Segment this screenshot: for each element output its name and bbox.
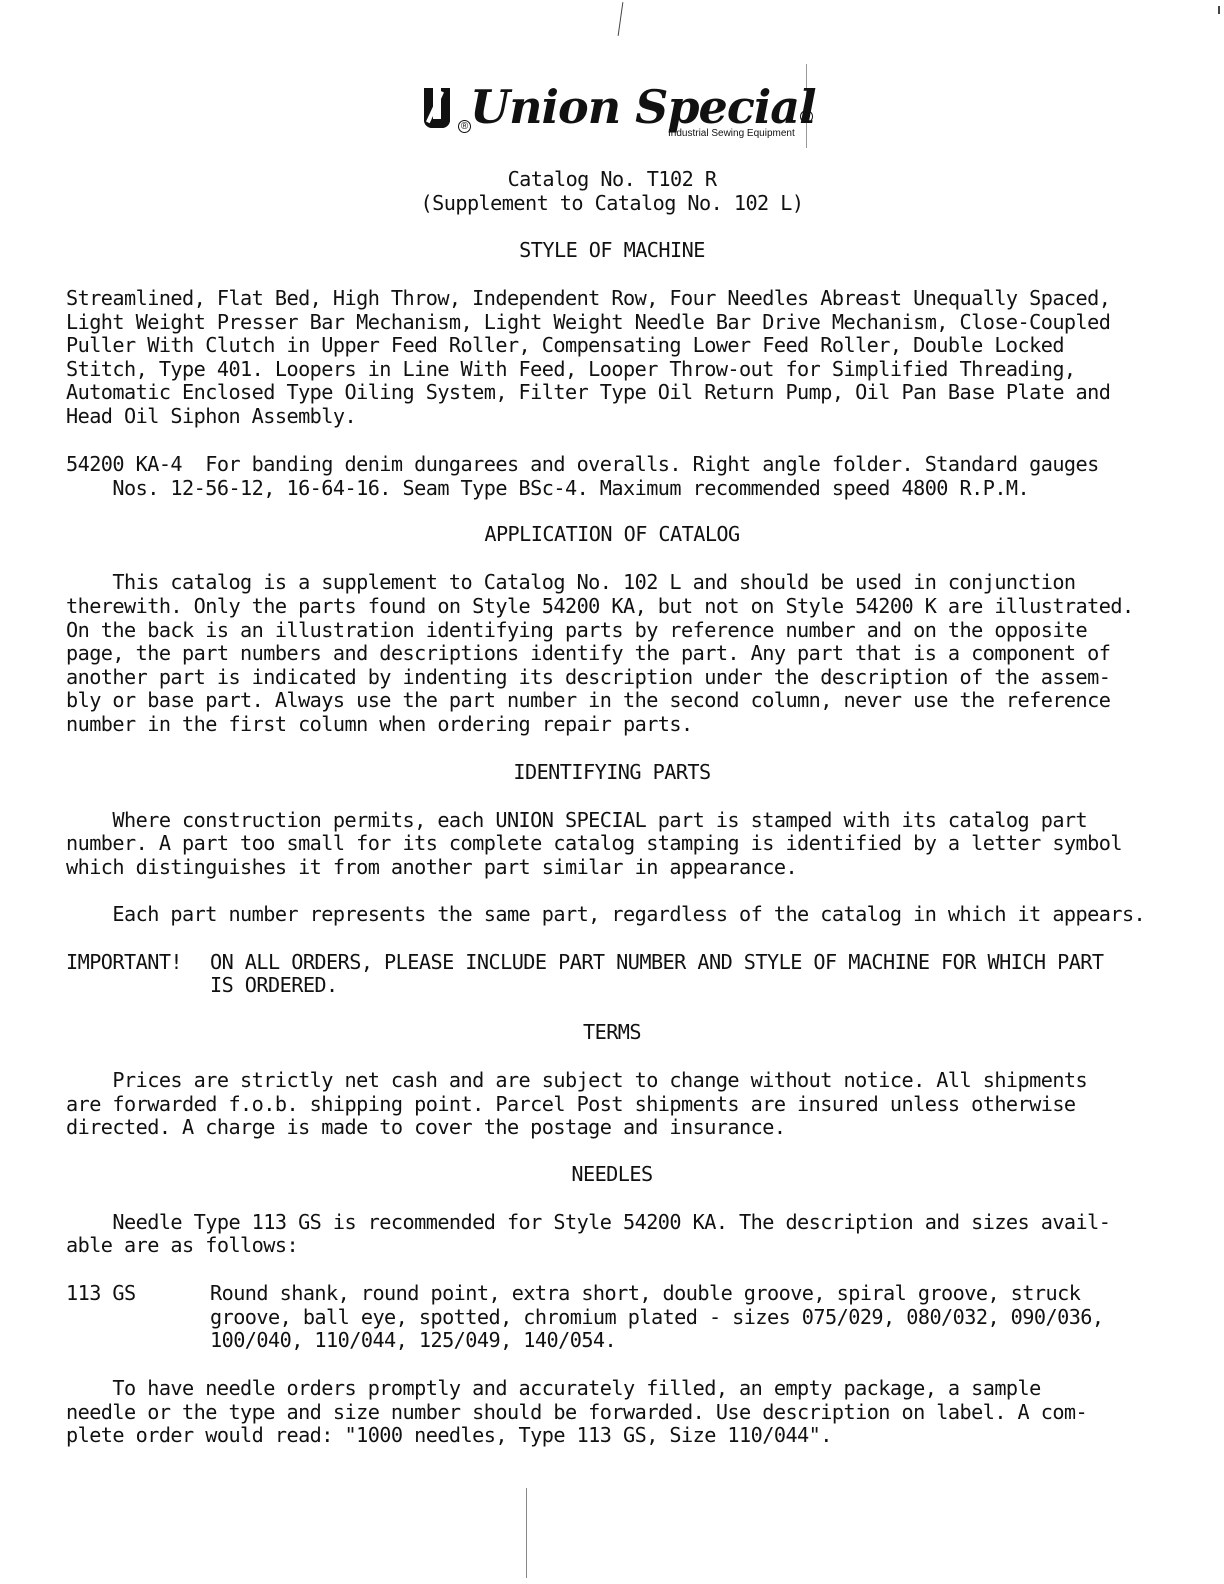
section-heading-style-of-machine: STYLE OF MACHINE — [0, 238, 1224, 262]
union-special-u-icon — [422, 88, 454, 132]
text-line: Prices are strictly net cash and are sub… — [66, 1068, 1087, 1092]
scan-mark — [618, 2, 624, 36]
text-line: On the back is an illustration identifyi… — [66, 618, 1087, 642]
text-line: another part is indicated by indenting i… — [66, 665, 1110, 689]
text-line: number. A part too small for its complet… — [66, 831, 1122, 855]
text-line: bly or base part. Always use the part nu… — [66, 688, 1110, 712]
text-line: Needle Type 113 GS is recommended for St… — [66, 1210, 1110, 1234]
section-heading-identifying-parts: IDENTIFYING PARTS — [0, 760, 1224, 784]
catalog-supplement: (Supplement to Catalog No. 102 L) — [0, 191, 1224, 215]
catalog-number: Catalog No. T102 R — [0, 167, 1224, 191]
text-line: therewith. Only the parts found on Style… — [66, 594, 1134, 618]
section-heading-needles: NEEDLES — [0, 1162, 1224, 1186]
text-line: ON ALL ORDERS, PLEASE INCLUDE PART NUMBE… — [210, 950, 1104, 974]
needle-type-code: 113 GS — [66, 1281, 136, 1305]
text-line: 54200 KA-4 For banding denim dungarees a… — [66, 452, 1099, 476]
text-line: number in the first column when ordering… — [66, 712, 693, 736]
scan-mark — [1218, 6, 1220, 14]
text-line: Head Oil Siphon Assembly. — [66, 404, 356, 428]
text-line: 100/040, 110/044, 125/049, 140/054. — [210, 1328, 616, 1352]
text-line: IS ORDERED. — [210, 973, 338, 997]
text-line: plete order would read: "1000 needles, T… — [66, 1423, 832, 1447]
scan-mark — [526, 1488, 527, 1578]
text-line: page, the part numbers and descriptions … — [66, 641, 1110, 665]
text-line: Light Weight Presser Bar Mechanism, Ligh… — [66, 310, 1110, 334]
text-line: which distinguishes it from another part… — [66, 855, 797, 879]
text-line: Nos. 12-56-12, 16-64-16. Seam Type BSc-4… — [66, 476, 1029, 500]
section-heading-terms: TERMS — [0, 1020, 1224, 1044]
text-line: needle or the type and size number shoul… — [66, 1400, 1087, 1424]
catalog-page: ® Union Special ® Industrial Sewing Equi… — [0, 0, 1224, 1584]
text-line: are forwarded f.o.b. shipping point. Par… — [66, 1092, 1076, 1116]
logo-tagline: Industrial Sewing Equipment — [668, 128, 795, 139]
text-line: directed. A charge is made to cover the … — [66, 1115, 785, 1139]
registered-mark: ® — [800, 110, 813, 123]
section-heading-application-of-catalog: APPLICATION OF CATALOG — [0, 522, 1224, 546]
important-label: IMPORTANT! — [66, 950, 182, 974]
text-line: This catalog is a supplement to Catalog … — [66, 570, 1076, 594]
text-line: To have needle orders promptly and accur… — [66, 1376, 1041, 1400]
text-line: Stitch, Type 401. Loopers in Line With F… — [66, 357, 1076, 381]
union-special-logo: ® Union Special ® Industrial Sewing Equi… — [422, 86, 822, 146]
text-line: Streamlined, Flat Bed, High Throw, Indep… — [66, 286, 1110, 310]
logo-wordmark: Union Special — [470, 80, 816, 134]
text-line: Puller With Clutch in Upper Feed Roller,… — [66, 333, 1064, 357]
text-line: Where construction permits, each UNION S… — [66, 808, 1087, 832]
text-line: able are as follows: — [66, 1233, 298, 1257]
text-line: Automatic Enclosed Type Oiling System, F… — [66, 380, 1110, 404]
part-number-note: Each part number represents the same par… — [66, 902, 1145, 926]
text-line: Round shank, round point, extra short, d… — [210, 1281, 1080, 1305]
text-line: groove, ball eye, spotted, chromium plat… — [210, 1305, 1104, 1329]
